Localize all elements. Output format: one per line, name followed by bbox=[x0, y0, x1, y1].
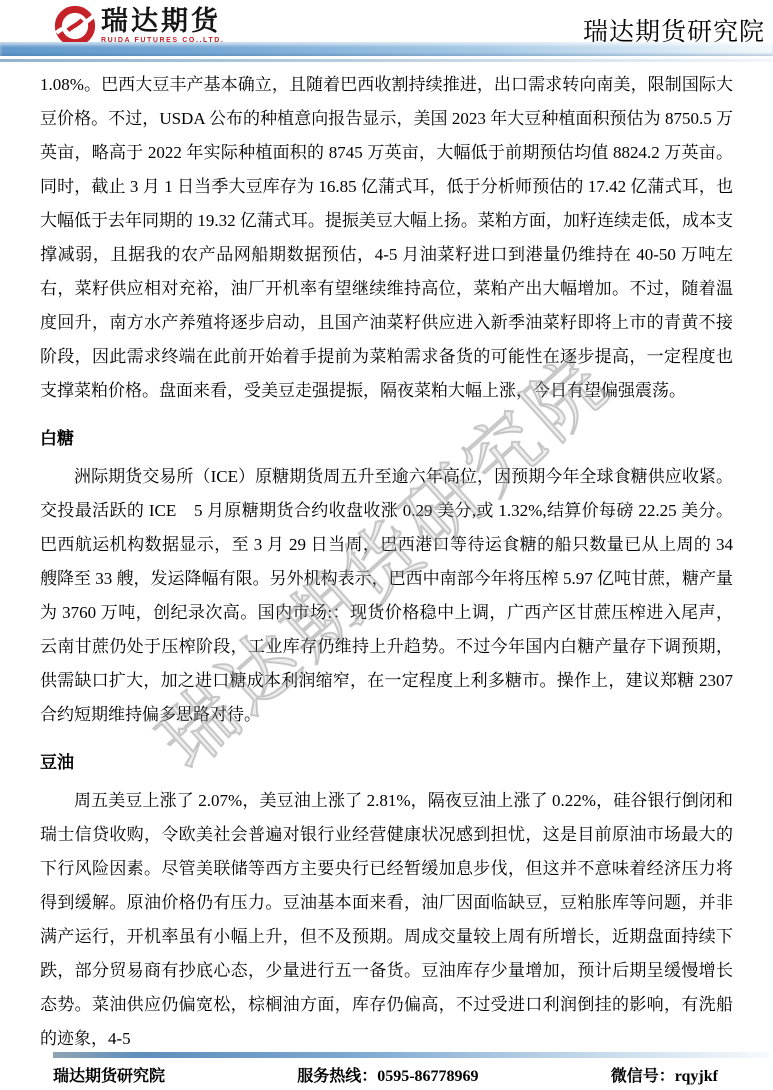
footer-institute: 瑞达期货研究院 bbox=[53, 1063, 165, 1086]
footer-divider-bar bbox=[53, 1052, 769, 1058]
header-divider-bar bbox=[0, 42, 773, 62]
footer-wechat-id: rqyjkf bbox=[675, 1068, 718, 1085]
company-logo: 瑞达期货 RUIDA FUTURES CO.,LTD. bbox=[54, 5, 224, 47]
report-page: 瑞达期货 RUIDA FUTURES CO.,LTD. 瑞达期货研究院 1.08… bbox=[0, 0, 773, 1090]
footer-wechat: 微信号：rqyjkf bbox=[611, 1063, 718, 1086]
logo-company-name: 瑞达期货 bbox=[101, 8, 224, 35]
footer-hotline-number: 0595-86778969 bbox=[377, 1068, 478, 1085]
sugar-paragraph: 洲际期货交易所（ICE）原糖期货周五升至逾六年高位，因预期今年全球食糖供应收紧。… bbox=[40, 460, 733, 732]
ruida-emblem-icon bbox=[54, 5, 96, 47]
header-bar-underline bbox=[0, 59, 773, 62]
footer-hotline-label: 服务热线： bbox=[297, 1068, 377, 1085]
footer-wechat-label: 微信号： bbox=[611, 1068, 675, 1085]
report-body: 1.08%。巴西大豆丰产基本确立，且随着巴西收割持续推进，出口需求转向南美，限制… bbox=[40, 68, 733, 1056]
footer-hotline: 服务热线：0595-86778969 bbox=[297, 1063, 478, 1086]
section-heading-sugar: 白糖 bbox=[40, 422, 733, 456]
header-bar-gradient bbox=[0, 42, 773, 56]
logo-wordmark: 瑞达期货 RUIDA FUTURES CO.,LTD. bbox=[101, 8, 224, 44]
footer-row: 瑞达期货研究院 服务热线：0595-86778969 微信号：rqyjkf bbox=[53, 1063, 718, 1086]
section-heading-soyoil: 豆油 bbox=[40, 746, 733, 780]
soyoil-paragraph: 周五美豆上涨了 2.07%，美豆油上涨了 2.81%，隔夜豆油上涨了 0.22%… bbox=[40, 784, 733, 1056]
page-header: 瑞达期货 RUIDA FUTURES CO.,LTD. 瑞达期货研究院 bbox=[0, 0, 773, 42]
lead-paragraph: 1.08%。巴西大豆丰产基本确立，且随着巴西收割持续推进，出口需求转向南美，限制… bbox=[40, 68, 733, 408]
